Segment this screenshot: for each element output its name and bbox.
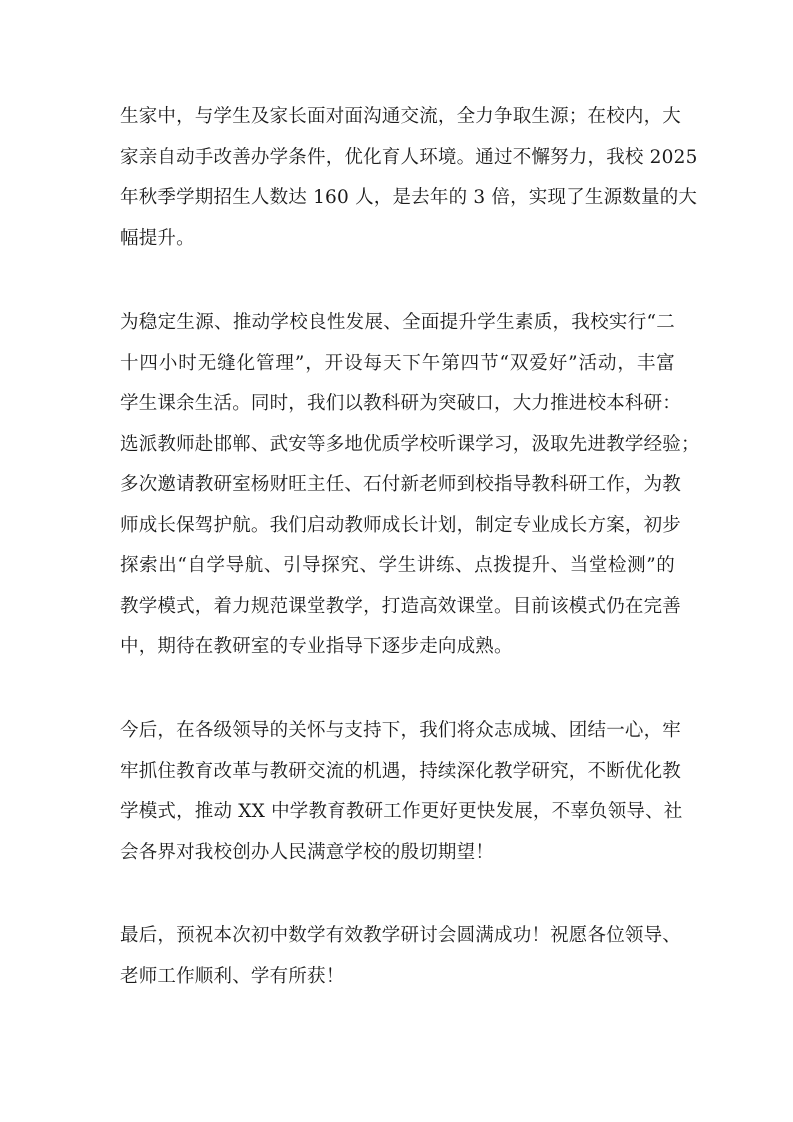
paragraph-management-research: 为稳定生源、推动学校良性发展、全面提升学生素质，我校实行“二 十四小时无缝化管理… [120, 303, 675, 668]
text-line: 家亲自动手改善办学条件，优化育人环境。通过不懈努力，我校 2025 [120, 138, 675, 179]
text-line: 选派教师赴邯郸、武安等多地优质学校听课学习，汲取先进教学经验； [120, 425, 675, 466]
text-line: 生家中，与学生及家长面对面沟通交流，全力争取生源；在校内，大 [120, 97, 675, 138]
text-line: 师成长保驾护航。我们启动教师成长计划，制定专业成长方案，初步 [120, 506, 675, 547]
text-line: 牢抓住教育改革与教研交流的机遇，持续深化教学研究，不断优化教 [120, 752, 675, 793]
text-line: 年秋季学期招生人数达 160 人，是去年的 3 倍，实现了生源数量的大 [120, 178, 675, 219]
document-page: 生家中，与学生及家长面对面沟通交流，全力争取生源；在校内，大 家亲自动手改善办学… [0, 0, 793, 1122]
text-line: 今后，在各级领导的关怀与支持下，我们将众志成城、团结一心，牢 [120, 711, 675, 752]
text-line: 十四小时无缝化管理”，开设每天下午第四节“双爱好”活动，丰富 [120, 344, 675, 385]
text-line: 学模式，推动 XX 中学教育教研工作更好更快发展，不辜负领导、社 [120, 792, 675, 833]
paragraph-future-outlook: 今后，在各级领导的关怀与支持下，我们将众志成城、团结一心，牢 牢抓住教育改革与教… [120, 711, 675, 873]
paragraph-enrollment: 生家中，与学生及家长面对面沟通交流，全力争取生源；在校内，大 家亲自动手改善办学… [120, 97, 675, 259]
paragraph-closing-wishes: 最后，预祝本次初中数学有效教学研讨会圆满成功！祝愿各位领导、 老师工作顺利、学有… [120, 916, 675, 997]
text-line: 会各界对我校创办人民满意学校的殷切期望！ [120, 833, 675, 874]
text-line: 探索出“自学导航、引导探究、学生讲练、点拨提升、当堂检测”的 [120, 546, 675, 587]
text-line: 幅提升。 [120, 219, 675, 260]
text-line: 多次邀请教研室杨财旺主任、石付新老师到校指导教科研工作，为教 [120, 465, 675, 506]
text-line: 老师工作顺利、学有所获！ [120, 957, 675, 998]
text-line: 最后，预祝本次初中数学有效教学研讨会圆满成功！祝愿各位领导、 [120, 916, 675, 957]
text-line: 教学模式，着力规范课堂教学，打造高效课堂。目前该模式仍在完善 [120, 587, 675, 628]
text-line: 为稳定生源、推动学校良性发展、全面提升学生素质，我校实行“二 [120, 303, 675, 344]
text-line: 中，期待在教研室的专业指导下逐步走向成熟。 [120, 627, 675, 668]
text-line: 学生课余生活。同时，我们以教科研为突破口，大力推进校本科研： [120, 384, 675, 425]
